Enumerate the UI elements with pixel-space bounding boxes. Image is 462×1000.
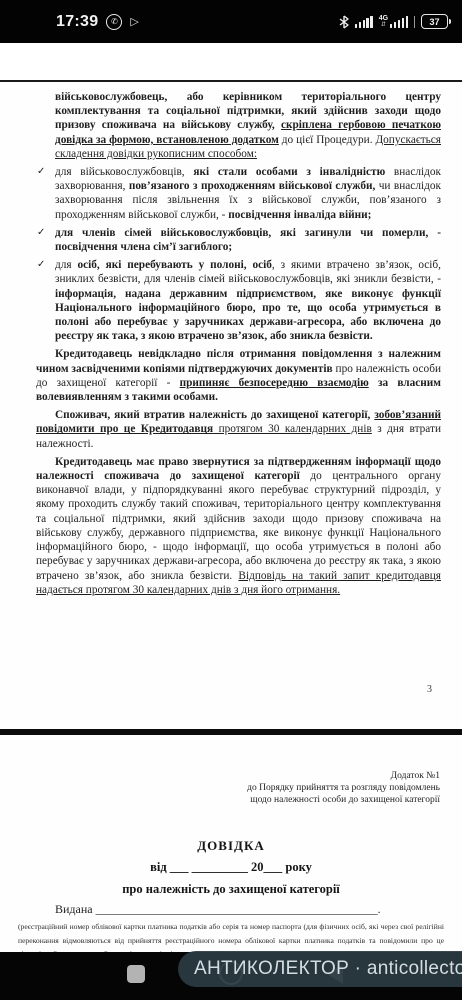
- viber-notification-icon: ✆: [106, 14, 122, 30]
- battery-icon: 37: [421, 14, 448, 29]
- certificate-subtitle: про належність до захищеної категорії: [0, 882, 462, 897]
- text-segment: пов’язаного з проходженням військової сл…: [129, 180, 375, 192]
- network-type: 4G ⇵: [379, 15, 388, 28]
- text-segment: осіб, які перебувають у полоні, осіб: [77, 259, 271, 271]
- app-toolbar: [0, 43, 462, 80]
- signal-bars-sim2-icon: [390, 16, 408, 28]
- checkmark-icon: ✓: [37, 258, 45, 272]
- certificate-title: ДОВІДКА: [0, 838, 462, 854]
- text-segment: протягом 30 календарних днів: [219, 423, 372, 435]
- play-notification-icon: ▷: [130, 15, 138, 28]
- paragraph: Споживач, який втратив належність до зах…: [36, 408, 441, 451]
- bullet-item: ✓для осіб, які перебувають у полоні, осі…: [36, 258, 441, 343]
- text-segment: Споживач, який втратив належність до зах…: [55, 409, 374, 421]
- data-activity-icon: ⇵: [381, 22, 386, 28]
- annex-reference-block: Додаток №1 до Порядку прийняття та розгл…: [140, 770, 440, 806]
- paragraph: Кредитодавець має право звернутися за пі…: [36, 455, 441, 597]
- text-segment: до цієї Процедури.: [279, 134, 376, 146]
- bullet-item: ✓для членів сімей військовослужбовців, я…: [36, 226, 441, 254]
- status-left: 17:39 ✆ ▷: [56, 13, 139, 31]
- text-segment: інформація, надана державним підприємств…: [55, 288, 441, 343]
- text-segment: посвідчення інваліда війни;: [228, 209, 371, 221]
- annex-line: щодо належності особи до захищеної катег…: [140, 794, 440, 806]
- bullet-item: ✓для військовослужбовців, які стали особ…: [36, 165, 441, 222]
- document-page-3: військовослужбовець, або керівником тери…: [36, 90, 441, 601]
- text-segment: до центрального органу виконавчої влади,…: [36, 470, 441, 581]
- issued-label: Видана: [55, 902, 93, 916]
- page-break-divider: [0, 729, 462, 735]
- annex-line: до Порядку прийняття та розгляду повідом…: [140, 782, 440, 794]
- checkmark-icon: ✓: [37, 165, 45, 179]
- recents-button[interactable]: [127, 965, 145, 983]
- certificate-date-line: від ___ _________ 20___ року: [0, 860, 462, 875]
- network-type-label: 4G: [379, 15, 388, 22]
- status-divider: [414, 16, 415, 28]
- watermark-pill: АНТИКОЛЕКТОР · anticollector.ua: [178, 951, 462, 987]
- bluetooth-icon: [339, 15, 349, 29]
- text-segment: для членів сімей військовослужбовців, як…: [55, 227, 441, 253]
- clock: 17:39: [56, 13, 98, 31]
- paragraph: Кредитодавець невідкладно після отриманн…: [36, 347, 441, 404]
- text-segment: для: [55, 259, 77, 271]
- watermark-text: АНТИКОЛЕКТОР · anticollector.ua: [194, 958, 462, 980]
- issued-blank-line: ________________________________________…: [96, 902, 381, 916]
- status-right: 4G ⇵ 37: [339, 14, 448, 29]
- signal-sim2-group: 4G ⇵: [379, 15, 408, 28]
- checkmark-icon: ✓: [37, 226, 45, 240]
- text-segment: припиняє безпосередню взаємодію: [180, 377, 369, 389]
- issued-line: Видана _________________________________…: [55, 902, 381, 917]
- annex-line: Додаток №1: [140, 770, 440, 782]
- text-segment: для військовослужбовців,: [55, 166, 193, 178]
- paragraph: військовослужбовець, або керівником тери…: [55, 90, 441, 161]
- text-segment: які стали особами з інвалідністю: [193, 166, 385, 178]
- status-bar: 17:39 ✆ ▷ 4G ⇵ 37: [0, 0, 462, 43]
- battery-percent: 37: [429, 17, 439, 27]
- phone-screen: 17:39 ✆ ▷ 4G ⇵ 37 військовослужбовець,: [0, 0, 462, 1000]
- document-viewer[interactable]: військовослужбовець, або керівником тери…: [0, 82, 462, 952]
- text-segment: [369, 377, 378, 389]
- page-number: 3: [427, 684, 432, 695]
- signal-bars-sim1-icon: [355, 16, 373, 28]
